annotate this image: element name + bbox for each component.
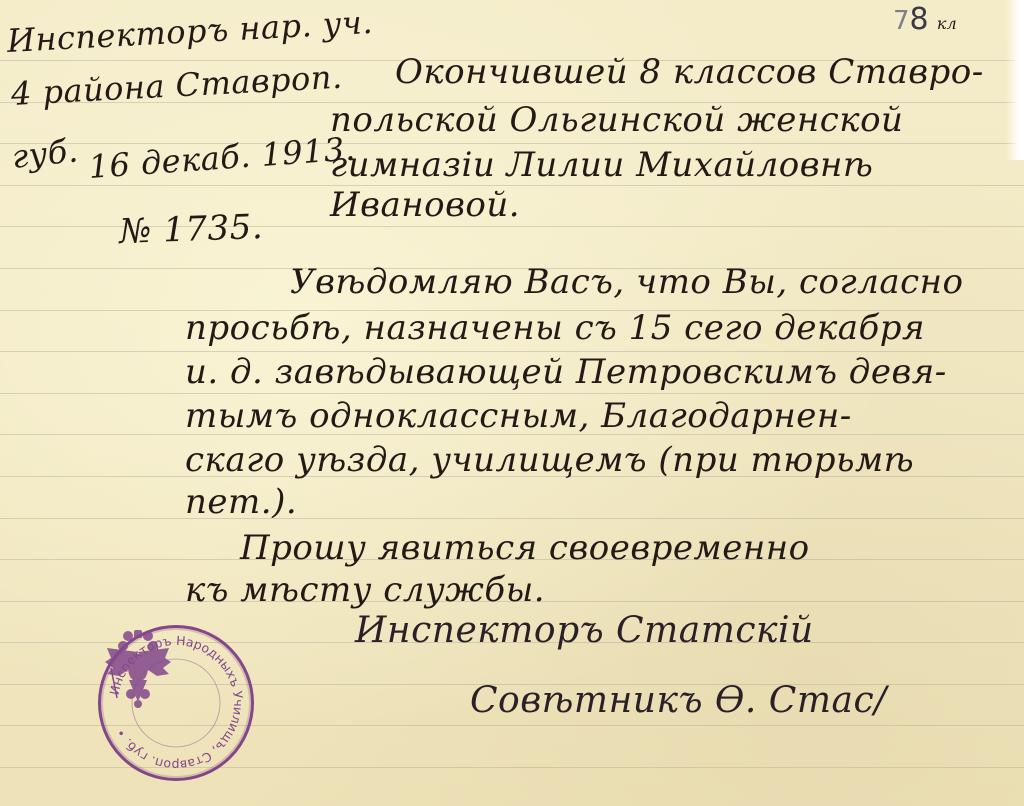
double-headed-eagle-icon — [101, 628, 175, 708]
addressee-line: польской Ольгинской женской — [330, 100, 903, 140]
ruled-line — [0, 518, 1024, 519]
ruled-line — [0, 393, 1024, 394]
document-page: 78 кл Инспекторъ нар. уч. 4 района Ставр… — [0, 0, 1024, 806]
body-line: Увѣдомляю Васъ, что Вы, согласно — [290, 262, 964, 302]
addressee-line: Ивановой. — [330, 185, 520, 225]
addressee-line: гимназіи Лилии Михайловнѣ — [330, 145, 873, 185]
torn-paper-edge — [1006, 0, 1024, 160]
header-reference-number: № 1735. — [119, 207, 264, 252]
header-sender: Инспекторъ нар. уч. — [6, 3, 374, 60]
addressee-line: Окончившей 8 классов Ставро- — [395, 52, 984, 92]
signature-title: Инспекторъ Статскій — [355, 610, 814, 651]
body-line: и. д. завѣдывающей Петровскимъ девя- — [185, 352, 947, 392]
body-line: Прошу явиться своевременно — [240, 528, 810, 568]
body-line: тымъ одноклассным, Благодарнен- — [185, 396, 852, 436]
archive-mark: 78 кл — [893, 2, 957, 37]
signature-name: Совѣтникъ Ө. Стас/ — [470, 680, 887, 721]
archive-number: 8 — [910, 2, 929, 37]
header-date: 16 декаб. 1913. — [87, 129, 356, 186]
header-district: 4 района Ставроп. — [10, 58, 343, 113]
official-stamp: Инспекторъ Народныхъ Училищъ, Ставроп. г… — [98, 625, 254, 781]
archive-faded-number: 7 — [893, 6, 910, 36]
header-province: губ. — [10, 131, 80, 176]
body-line: скаго уѣзда, училищемъ (при тюрьмѣ — [185, 440, 914, 480]
archive-suffix: кл — [937, 14, 957, 33]
body-line: пет.). — [185, 482, 297, 522]
body-line: къ мѣсту службы. — [185, 570, 545, 610]
body-line: просьбѣ, назначены съ 15 сего декабря — [185, 308, 925, 348]
